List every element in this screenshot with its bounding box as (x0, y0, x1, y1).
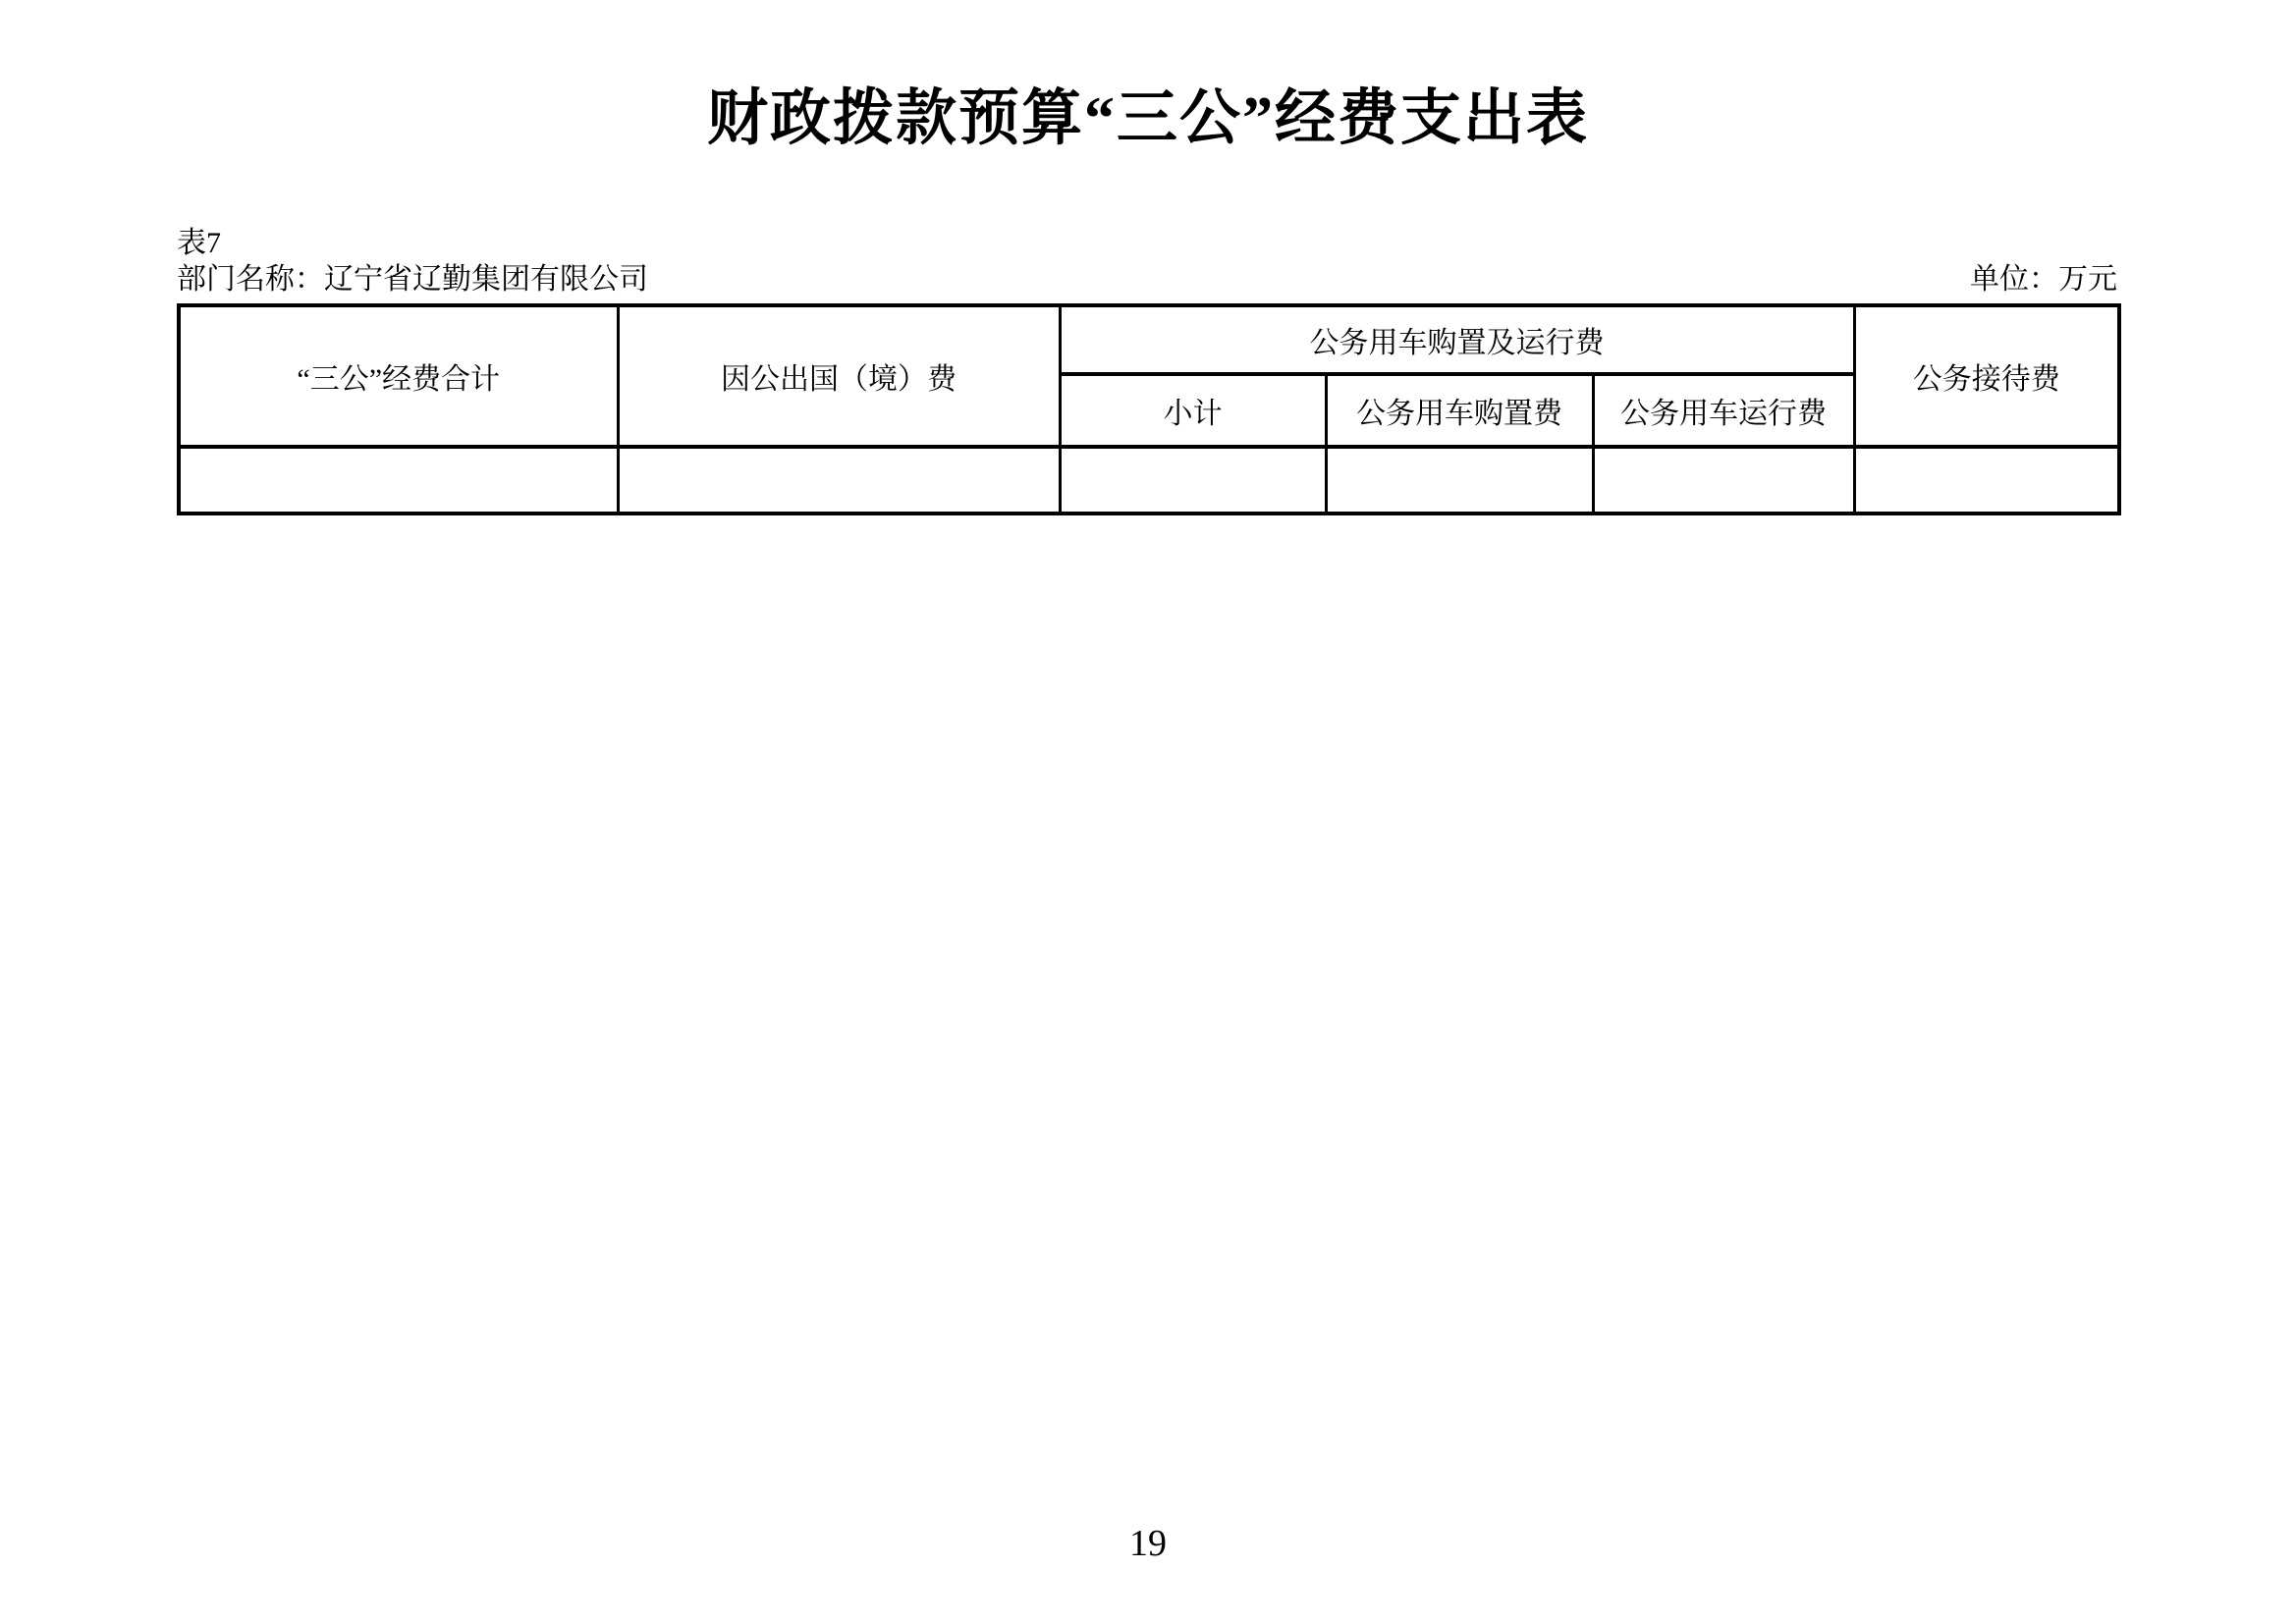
page-title: 财政拨款预算“三公”经费支出表 (0, 0, 2296, 154)
data-cell-abroad (618, 447, 1060, 514)
data-cell-vehicle-purchase (1326, 447, 1593, 514)
department-label: 部门名称： (177, 263, 324, 296)
header-reception-expense: 公务接待费 (1854, 305, 2119, 447)
content-area: 表7 部门名称：辽宁省辽勤集团有限公司 单位：万元 “三公”经费合计 因公出国（… (177, 227, 2117, 515)
header-vehicle-group: 公务用车购置及运行费 (1060, 305, 1854, 374)
header-vehicle-operation: 公务用车运行费 (1593, 374, 1854, 447)
data-row (179, 447, 2119, 514)
unit-label: 单位：万元 (1970, 263, 2117, 296)
department-line: 部门名称：辽宁省辽勤集团有限公司 (177, 263, 648, 296)
header-vehicle-purchase: 公务用车购置费 (1326, 374, 1593, 447)
data-cell-reception (1854, 447, 2119, 514)
data-cell-vehicle-subtotal (1060, 447, 1326, 514)
department-name: 辽宁省辽勤集团有限公司 (324, 263, 648, 296)
table-meta-row: 部门名称：辽宁省辽勤集团有限公司 单位：万元 (177, 263, 2117, 296)
header-total: “三公”经费合计 (179, 305, 618, 447)
document-page: 财政拨款预算“三公”经费支出表 表7 部门名称：辽宁省辽勤集团有限公司 单位：万… (0, 0, 2296, 1623)
header-vehicle-subtotal: 小计 (1060, 374, 1326, 447)
page-number: 19 (0, 1525, 2296, 1562)
data-cell-total (179, 447, 618, 514)
header-abroad-expense: 因公出国（境）费 (618, 305, 1060, 447)
data-cell-vehicle-operation (1593, 447, 1854, 514)
table-number-label: 表7 (177, 227, 2117, 259)
three-public-expenses-table: “三公”经费合计 因公出国（境）费 公务用车购置及运行费 公务接待费 小计 公务… (177, 303, 2121, 515)
header-row-1: “三公”经费合计 因公出国（境）费 公务用车购置及运行费 公务接待费 (179, 305, 2119, 374)
